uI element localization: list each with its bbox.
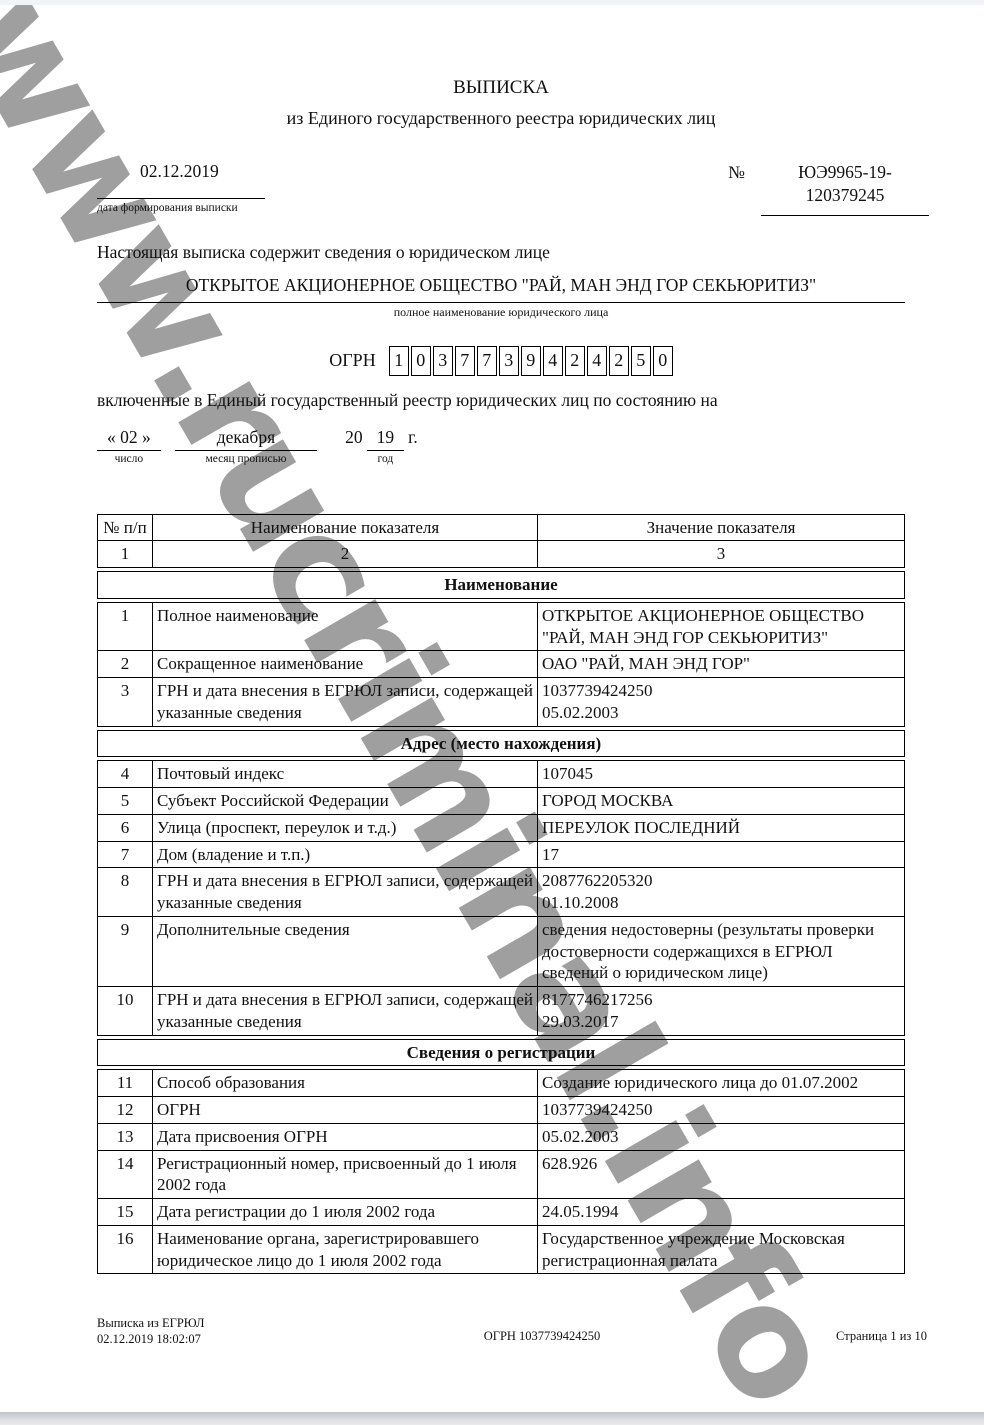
cell-num: 8	[98, 868, 153, 916]
page-subtitle: из Единого государственного реестра юрид…	[97, 108, 905, 129]
day-label: число	[115, 453, 144, 465]
cell-num: 12	[98, 1097, 153, 1123]
cell-num: 2	[98, 651, 153, 677]
company-name: ОТКРЫТОЕ АКЦИОНЕРНОЕ ОБЩЕСТВО "РАЙ, МАН …	[97, 275, 905, 303]
cell-name: ГРН и дата внесения в ЕГРЮЛ записи, соде…	[153, 987, 538, 1035]
cell-value: 24.05.1994	[538, 1199, 904, 1225]
year-value: 19	[367, 427, 405, 451]
extract-date-value: 02.12.2019	[140, 161, 265, 182]
company-name-label: полное наименование юридического лица	[97, 305, 905, 320]
extract-number-value: ЮЭ9965-19- 120379245	[761, 161, 929, 216]
table-row: 13Дата присвоения ОГРН05.02.2003	[98, 1123, 904, 1150]
table-row: 16Наименование органа, зарегистрировавше…	[98, 1225, 904, 1274]
page-top-edge	[0, 0, 984, 5]
century-value: 20	[341, 427, 367, 450]
colnum-2: 2	[153, 541, 538, 567]
cell-name: ГРН и дата внесения в ЕГРЮЛ записи, соде…	[153, 868, 538, 916]
table-row: 8ГРН и дата внесения в ЕГРЮЛ записи, сод…	[98, 867, 904, 916]
cell-name: Дата присвоения ОГРН	[153, 1124, 538, 1150]
as-of-date-line: « 02 » число декабря месяц прописью 20 1…	[97, 427, 929, 465]
table-section-block: 4Почтовый индекс1070455Субъект Российско…	[97, 760, 905, 1035]
ogrn-digit-box: 4	[587, 346, 607, 376]
ogrn-digit-box: 4	[543, 346, 563, 376]
cell-num: 13	[98, 1124, 153, 1150]
footer-timestamp: 02.12.2019 18:02:07	[97, 1332, 357, 1347]
ogrn-digit-box: 5	[631, 346, 651, 376]
cell-name: ГРН и дата внесения в ЕГРЮЛ записи, соде…	[153, 678, 538, 726]
cell-name: Дополнительные сведения	[153, 917, 538, 986]
ogrn-label: ОГРН	[329, 350, 375, 371]
document-content: ВЫПИСКА из Единого государственного реес…	[0, 77, 984, 1347]
ogrn-digit-box: 0	[653, 346, 673, 376]
cell-num: 16	[98, 1226, 153, 1274]
day-number: 02	[120, 427, 138, 447]
number-sign: №	[728, 161, 745, 183]
cell-value: 628.926	[538, 1151, 904, 1199]
page-bottom-edge	[0, 1412, 984, 1425]
cell-value: 2087762205320 01.10.2008	[538, 868, 904, 916]
included-text: включенные в Единый государственный реес…	[97, 390, 905, 411]
ogrn-digit-box: 7	[477, 346, 497, 376]
cell-name: Субъект Российской Федерации	[153, 788, 538, 814]
colnum-1: 1	[98, 541, 153, 567]
ogrn-digit-box: 9	[521, 346, 541, 376]
table-row: 14Регистрационный номер, присвоенный до …	[98, 1150, 904, 1199]
colnum-3: 3	[538, 541, 904, 567]
cell-value: 1037739424250 05.02.2003	[538, 678, 904, 726]
footer-doc-type: Выписка из ЕГРЮЛ	[97, 1316, 357, 1331]
cell-value: ОТКРЫТОЕ АКЦИОНЕРНОЕ ОБЩЕСТВО "РАЙ, МАН …	[538, 603, 904, 651]
year-label: год	[378, 453, 394, 465]
header-col-value: Значение показателя	[538, 515, 904, 541]
table-row: 15Дата регистрации до 1 июля 2002 года24…	[98, 1198, 904, 1225]
table-row: 1Полное наименованиеОТКРЫТОЕ АКЦИОНЕРНОЕ…	[98, 603, 904, 651]
cell-num: 6	[98, 815, 153, 841]
extract-date-label: дата формирования выписки	[97, 202, 265, 214]
ogrn-digit-box: 2	[565, 346, 585, 376]
cell-name: Улица (проспект, переулок и т.д.)	[153, 815, 538, 841]
year-group: 19 год	[367, 427, 405, 465]
table-row: 6Улица (проспект, переулок и т.д.)ПЕРЕУЛ…	[98, 814, 904, 841]
cell-value: 17	[538, 842, 904, 868]
cell-value: сведения недостоверны (результаты провер…	[538, 917, 904, 986]
extract-number-field: № ЮЭ9965-19- 120379245	[728, 161, 929, 216]
ogrn-digit-boxes: 1037739424250	[389, 346, 673, 376]
document-page: www.rucriminal.info ВЫПИСКА из Единого г…	[0, 0, 984, 1425]
cell-name: Регистрационный номер, присвоенный до 1 …	[153, 1151, 538, 1199]
page-footer: Выписка из ЕГРЮЛ 02.12.2019 18:02:07 ОГР…	[97, 1316, 927, 1347]
table-row: 11Способ образованияСоздание юридическог…	[98, 1070, 904, 1096]
month-value: декабря	[175, 427, 317, 451]
cell-value: 1037739424250	[538, 1097, 904, 1123]
cell-name: Почтовый индекс	[153, 761, 538, 787]
header-col-name: Наименование показателя	[153, 515, 538, 541]
footer-left: Выписка из ЕГРЮЛ 02.12.2019 18:02:07	[97, 1316, 357, 1347]
cell-name: ОГРН	[153, 1097, 538, 1123]
cell-name: Сокращенное наименование	[153, 651, 538, 677]
table-row: 5Субъект Российской ФедерацииГОРОД МОСКВ…	[98, 787, 904, 814]
cell-num: 7	[98, 842, 153, 868]
cell-name: Дата регистрации до 1 июля 2002 года	[153, 1199, 538, 1225]
table-body: Наименование1Полное наименованиеОТКРЫТОЕ…	[97, 571, 905, 1274]
cell-value: 107045	[538, 761, 904, 787]
header-col-num: № п/п	[98, 515, 153, 541]
ogrn-digit-box: 3	[499, 346, 519, 376]
cell-num: 3	[98, 678, 153, 726]
table-row: 7Дом (владение и т.п.)17	[98, 841, 904, 868]
ogrn-digit-box: 7	[455, 346, 475, 376]
cell-value: ПЕРЕУЛОК ПОСЛЕДНИЙ	[538, 815, 904, 841]
cell-value: Создание юридического лица до 01.07.2002	[538, 1070, 904, 1096]
year-suffix: г.	[404, 427, 422, 450]
cell-num: 10	[98, 987, 153, 1035]
table-row: 10ГРН и дата внесения в ЕГРЮЛ записи, со…	[98, 986, 904, 1035]
table-section-title: Адрес (место нахождения)	[97, 730, 905, 758]
table-row: 9Дополнительные сведениясведения недосто…	[98, 916, 904, 986]
footer-ogrn: ОГРН 1037739424250	[357, 1316, 727, 1344]
company-name-field: ОТКРЫТОЕ АКЦИОНЕРНОЕ ОБЩЕСТВО "РАЙ, МАН …	[97, 275, 905, 320]
table-header-block: № п/п Наименование показателя Значение п…	[97, 514, 905, 569]
table-section-title: Наименование	[97, 571, 905, 599]
cell-value: 8177746217256 29.03.2017	[538, 987, 904, 1035]
extract-number-line1: ЮЭ9965-19-	[761, 161, 929, 184]
ogrn-digit-box: 3	[433, 346, 453, 376]
ogrn-digit-box: 0	[411, 346, 431, 376]
ogrn-digit-box: 1	[389, 346, 409, 376]
cell-num: 9	[98, 917, 153, 986]
cell-name: Способ образования	[153, 1070, 538, 1096]
cell-name: Наименование органа, зарегистрировавшего…	[153, 1226, 538, 1274]
ogrn-field: ОГРН 1037739424250	[97, 346, 905, 376]
table-row: 4Почтовый индекс107045	[98, 761, 904, 787]
cell-name: Полное наименование	[153, 603, 538, 651]
cell-num: 14	[98, 1151, 153, 1199]
cell-value: ГОРОД МОСКВА	[538, 788, 904, 814]
cell-value: ОАО "РАЙ, МАН ЭНД ГОР"	[538, 651, 904, 677]
table-column-numbers-row: 1 2 3	[98, 540, 904, 567]
intro-text: Настоящая выписка содержит сведения о юр…	[97, 242, 905, 263]
day-group: « 02 » число	[97, 427, 161, 465]
cell-name: Дом (владение и т.п.)	[153, 842, 538, 868]
cell-num: 11	[98, 1070, 153, 1096]
table-row: 3ГРН и дата внесения в ЕГРЮЛ записи, сод…	[98, 677, 904, 726]
table-header-row: № п/п Наименование показателя Значение п…	[98, 515, 904, 541]
header-fields-row: 02.12.2019 дата формирования выписки № Ю…	[97, 161, 929, 216]
cell-value: Государственное учреждение Московская ре…	[538, 1226, 904, 1274]
day-value: « 02 »	[97, 427, 161, 451]
footer-page-number: Страница 1 из 10	[727, 1316, 927, 1344]
table-row: 12ОГРН1037739424250	[98, 1096, 904, 1123]
cell-num: 5	[98, 788, 153, 814]
table-section-block: 11Способ образованияСоздание юридическог…	[97, 1069, 905, 1274]
cell-value: 05.02.2003	[538, 1124, 904, 1150]
month-label: месяц прописью	[205, 453, 286, 465]
cell-num: 4	[98, 761, 153, 787]
ogrn-digit-box: 2	[609, 346, 629, 376]
extract-number-line2: 120379245	[761, 184, 929, 207]
register-table: № п/п Наименование показателя Значение п…	[97, 514, 905, 1275]
table-section-title: Сведения о регистрации	[97, 1039, 905, 1067]
table-row: 2Сокращенное наименованиеОАО "РАЙ, МАН Э…	[98, 650, 904, 677]
page-title: ВЫПИСКА	[97, 77, 905, 99]
table-section-block: 1Полное наименованиеОТКРЫТОЕ АКЦИОНЕРНОЕ…	[97, 602, 905, 727]
cell-num: 1	[98, 603, 153, 651]
extract-date-field: 02.12.2019 дата формирования выписки	[97, 161, 265, 214]
month-group: декабря месяц прописью	[175, 427, 317, 465]
cell-num: 15	[98, 1199, 153, 1225]
